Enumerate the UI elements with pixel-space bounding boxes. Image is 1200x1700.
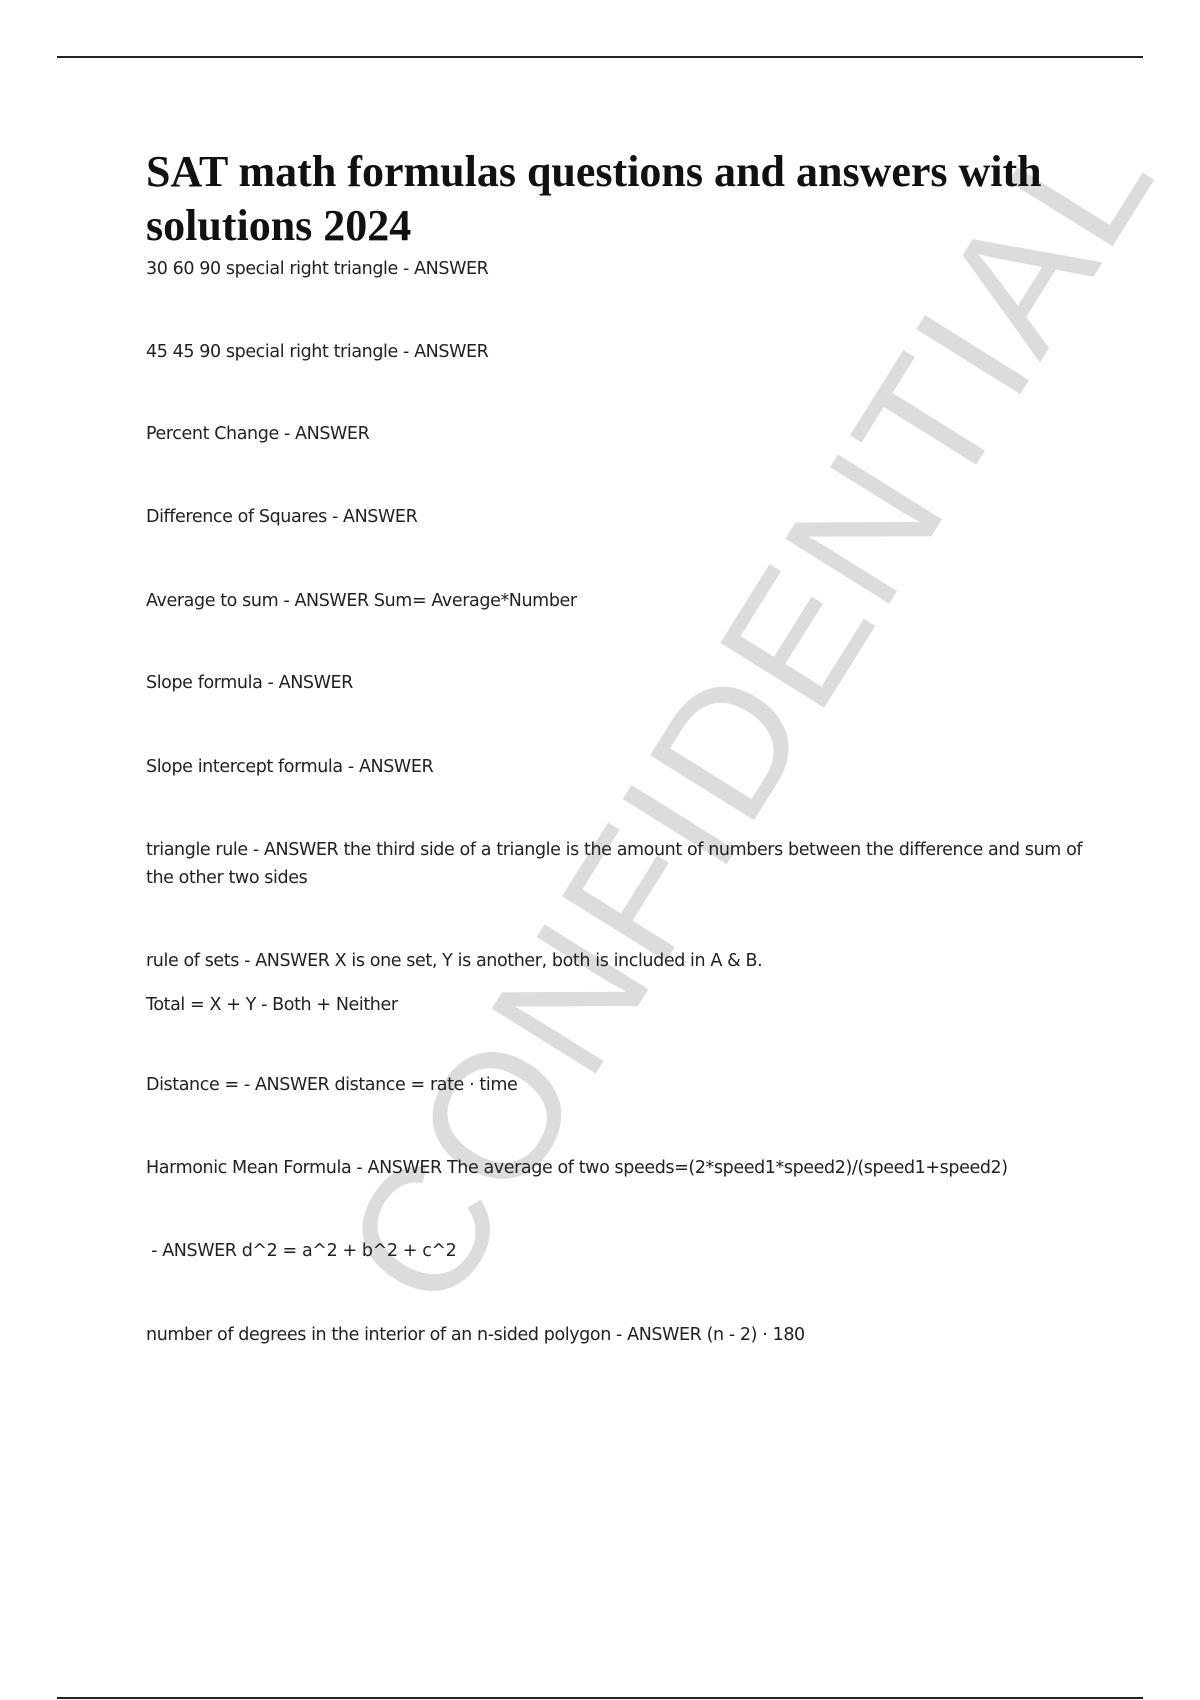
- entry-text: Difference of Squares - ANSWER: [146, 507, 417, 527]
- entry-difference-of-squares: Difference of Squares - ANSWER: [146, 503, 417, 531]
- entry-extra-text: Total = X + Y - Both + Neither: [146, 991, 762, 1019]
- entry-text: Slope intercept formula - ANSWER: [146, 757, 433, 777]
- header-rule: [57, 56, 1143, 58]
- entry-3d-distance: - ANSWER d^2 = a^2 + b^2 + c^2: [146, 1237, 456, 1265]
- entry-rule-of-sets: rule of sets - ANSWER X is one set, Y is…: [146, 947, 762, 1019]
- entry-text: Average to sum - ANSWER Sum= Average*Num…: [146, 591, 577, 611]
- entry-percent-change: Percent Change - ANSWER: [146, 420, 369, 448]
- footer-rule: [57, 1697, 1143, 1699]
- entry-harmonic-mean: Harmonic Mean Formula - ANSWER The avera…: [146, 1154, 1008, 1182]
- entry-45-45-90: 45 45 90 special right triangle - ANSWER: [146, 338, 488, 366]
- document-title: SAT math formulas questions and answers …: [146, 145, 1086, 253]
- entry-text: triangle rule - ANSWER the third side of…: [146, 840, 1082, 888]
- entry-30-60-90: 30 60 90 special right triangle - ANSWER: [146, 255, 488, 283]
- entry-slope-intercept: Slope intercept formula - ANSWER: [146, 753, 433, 781]
- entry-polygon-interior: number of degrees in the interior of an …: [146, 1321, 805, 1349]
- entry-text: - ANSWER d^2 = a^2 + b^2 + c^2: [146, 1241, 456, 1261]
- entry-text: rule of sets - ANSWER X is one set, Y is…: [146, 951, 762, 971]
- entry-text: Harmonic Mean Formula - ANSWER The avera…: [146, 1158, 1008, 1178]
- entry-text: Distance = - ANSWER distance = rate · ti…: [146, 1075, 517, 1095]
- entry-text: 45 45 90 special right triangle - ANSWER: [146, 342, 488, 362]
- document-body: SAT math formulas questions and answers …: [146, 145, 1086, 253]
- entry-triangle-rule: triangle rule - ANSWER the third side of…: [146, 836, 1086, 892]
- entry-average-to-sum: Average to sum - ANSWER Sum= Average*Num…: [146, 587, 577, 615]
- entry-slope-formula: Slope formula - ANSWER: [146, 669, 353, 697]
- entry-text: Percent Change - ANSWER: [146, 424, 369, 444]
- entry-text: number of degrees in the interior of an …: [146, 1325, 805, 1345]
- entry-text: Slope formula - ANSWER: [146, 673, 353, 693]
- entry-text: 30 60 90 special right triangle - ANSWER: [146, 259, 488, 279]
- entry-distance: Distance = - ANSWER distance = rate · ti…: [146, 1071, 517, 1099]
